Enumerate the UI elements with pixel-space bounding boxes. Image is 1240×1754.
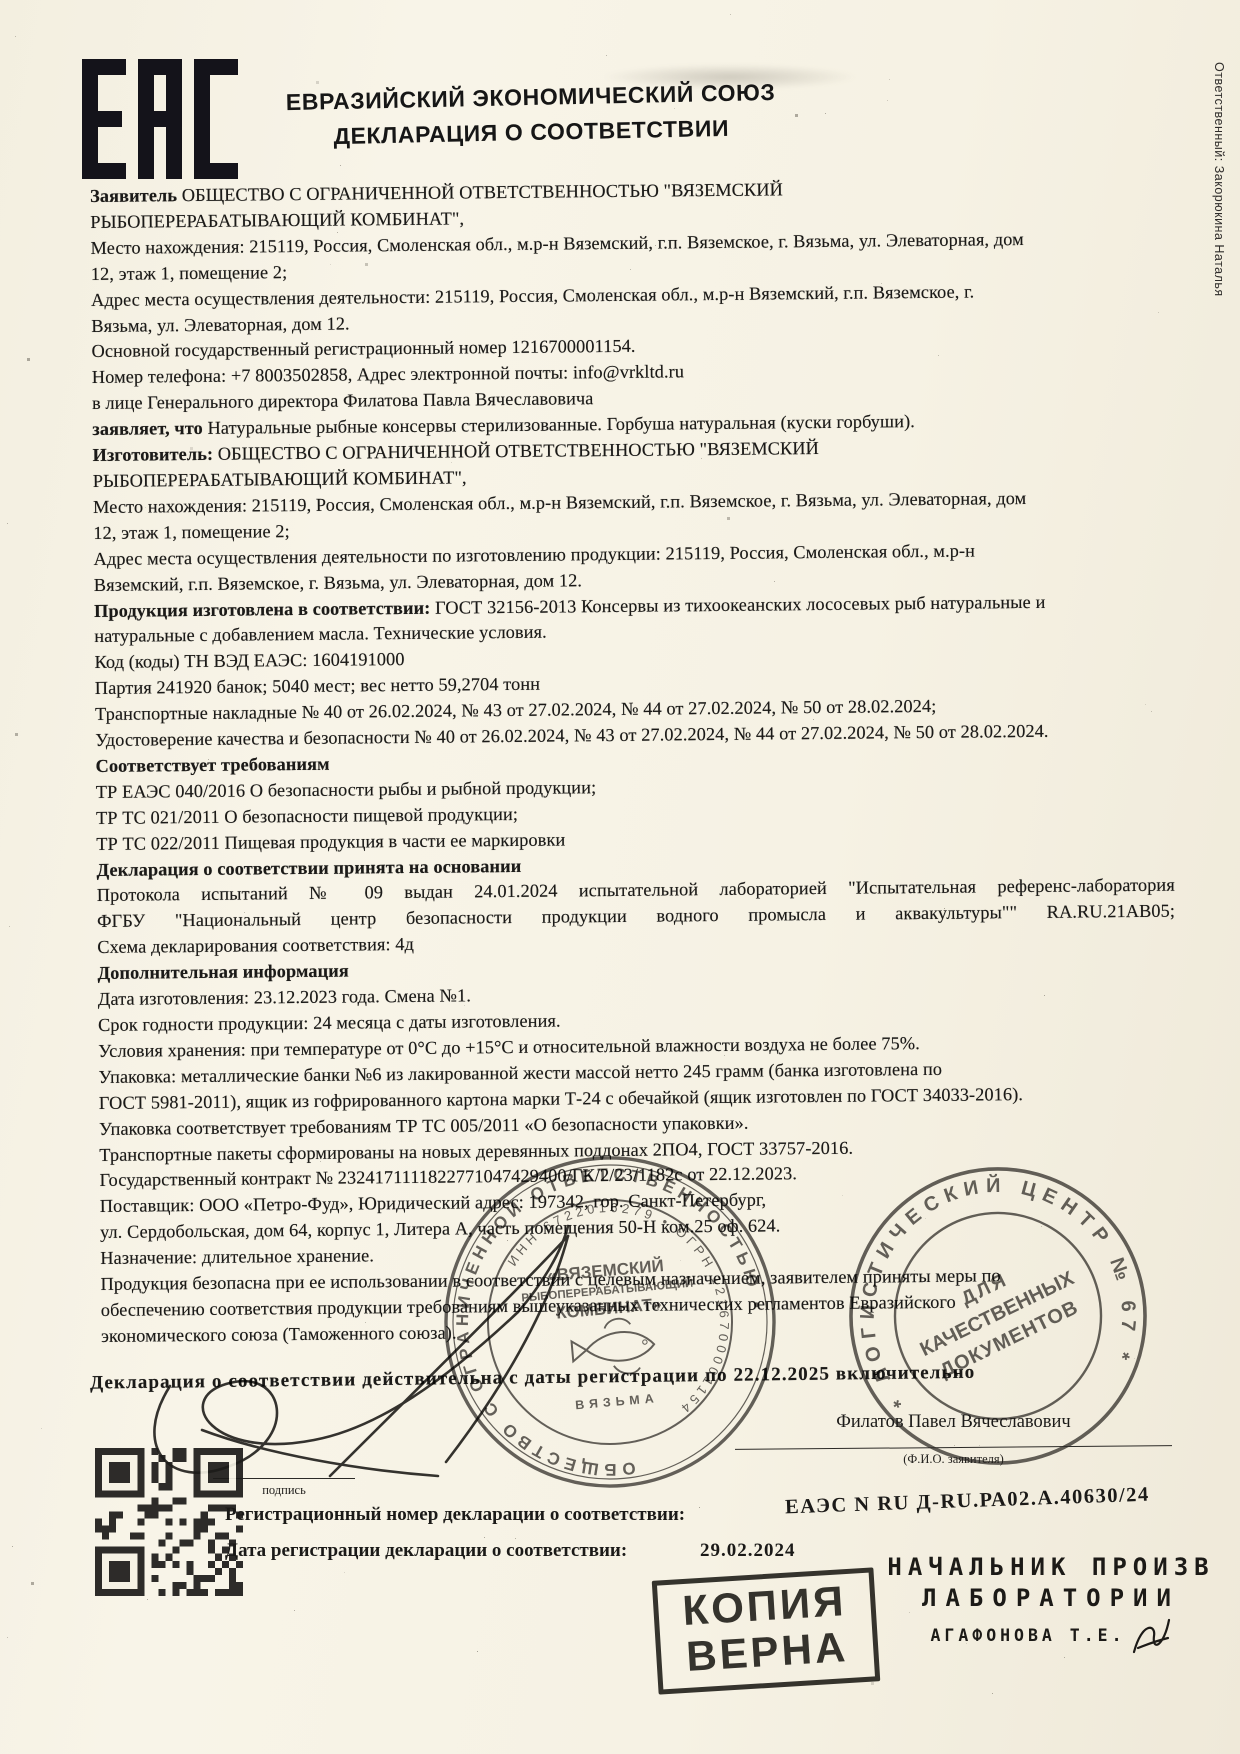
eac-logo [82, 58, 238, 180]
declarant-name-caption: (Ф.И.О. заявителя) [735, 1452, 1172, 1467]
company-stamp-city: ВЯЗЬМА [575, 1391, 660, 1412]
document-title: ЕВРАЗИЙСКИЙ ЭКОНОМИЧЕСКИЙ СОЮЗ ДЕКЛАРАЦИ… [245, 74, 816, 156]
paper-speckles [0, 0, 1, 1]
lab-stamp-line-2: ЛАБОРАТОРИИ [862, 1583, 1240, 1614]
registration-date-label: Дата регистрации декларации о соответств… [225, 1540, 627, 1562]
lab-signature-scribble [1128, 1614, 1172, 1658]
responsible-side-note: Ответственный: Закорюкина Наталья [1212, 62, 1226, 297]
registration-date-value: 29.02.2024 [700, 1540, 796, 1562]
registration-number-value: ЕАЭС N RU Д-RU.РА02.А.40630/24 [785, 1484, 1150, 1520]
qr-code-icon [95, 1448, 243, 1596]
copy-stamp-line-2: ВЕРНА [684, 1624, 850, 1680]
logistics-round-stamp: * ЛОГИСТИЧЕСКИЙ ЦЕНТР № 67 * ДЛЯ КАЧЕСТВ… [824, 1142, 1172, 1490]
lab-stamp-line-1: НАЧАЛЬНИК ПРОИЗВ [862, 1552, 1240, 1583]
declaration-document-page: ЕВРАЗИЙСКИЙ ЭКОНОМИЧЕСКИЙ СОЮЗ ДЕКЛАРАЦИ… [0, 0, 1240, 1754]
declarant-name: Филатов Павел Вячеславович [735, 1412, 1172, 1433]
qr-code [95, 1448, 243, 1601]
lab-stamp-line-3: АГАФОНОВА Т.Е. [930, 1623, 1125, 1649]
fish-emblem-icon [570, 1316, 657, 1378]
copy-verna-stamp: КОПИЯ ВЕРНА [652, 1567, 880, 1694]
registration-number-label: Регистрационный номер декларации о соотв… [225, 1504, 685, 1526]
lab-head-stamp: НАЧАЛЬНИК ПРОИЗВ ЛАБОРАТОРИИ АГАФОНОВА Т… [862, 1552, 1240, 1658]
